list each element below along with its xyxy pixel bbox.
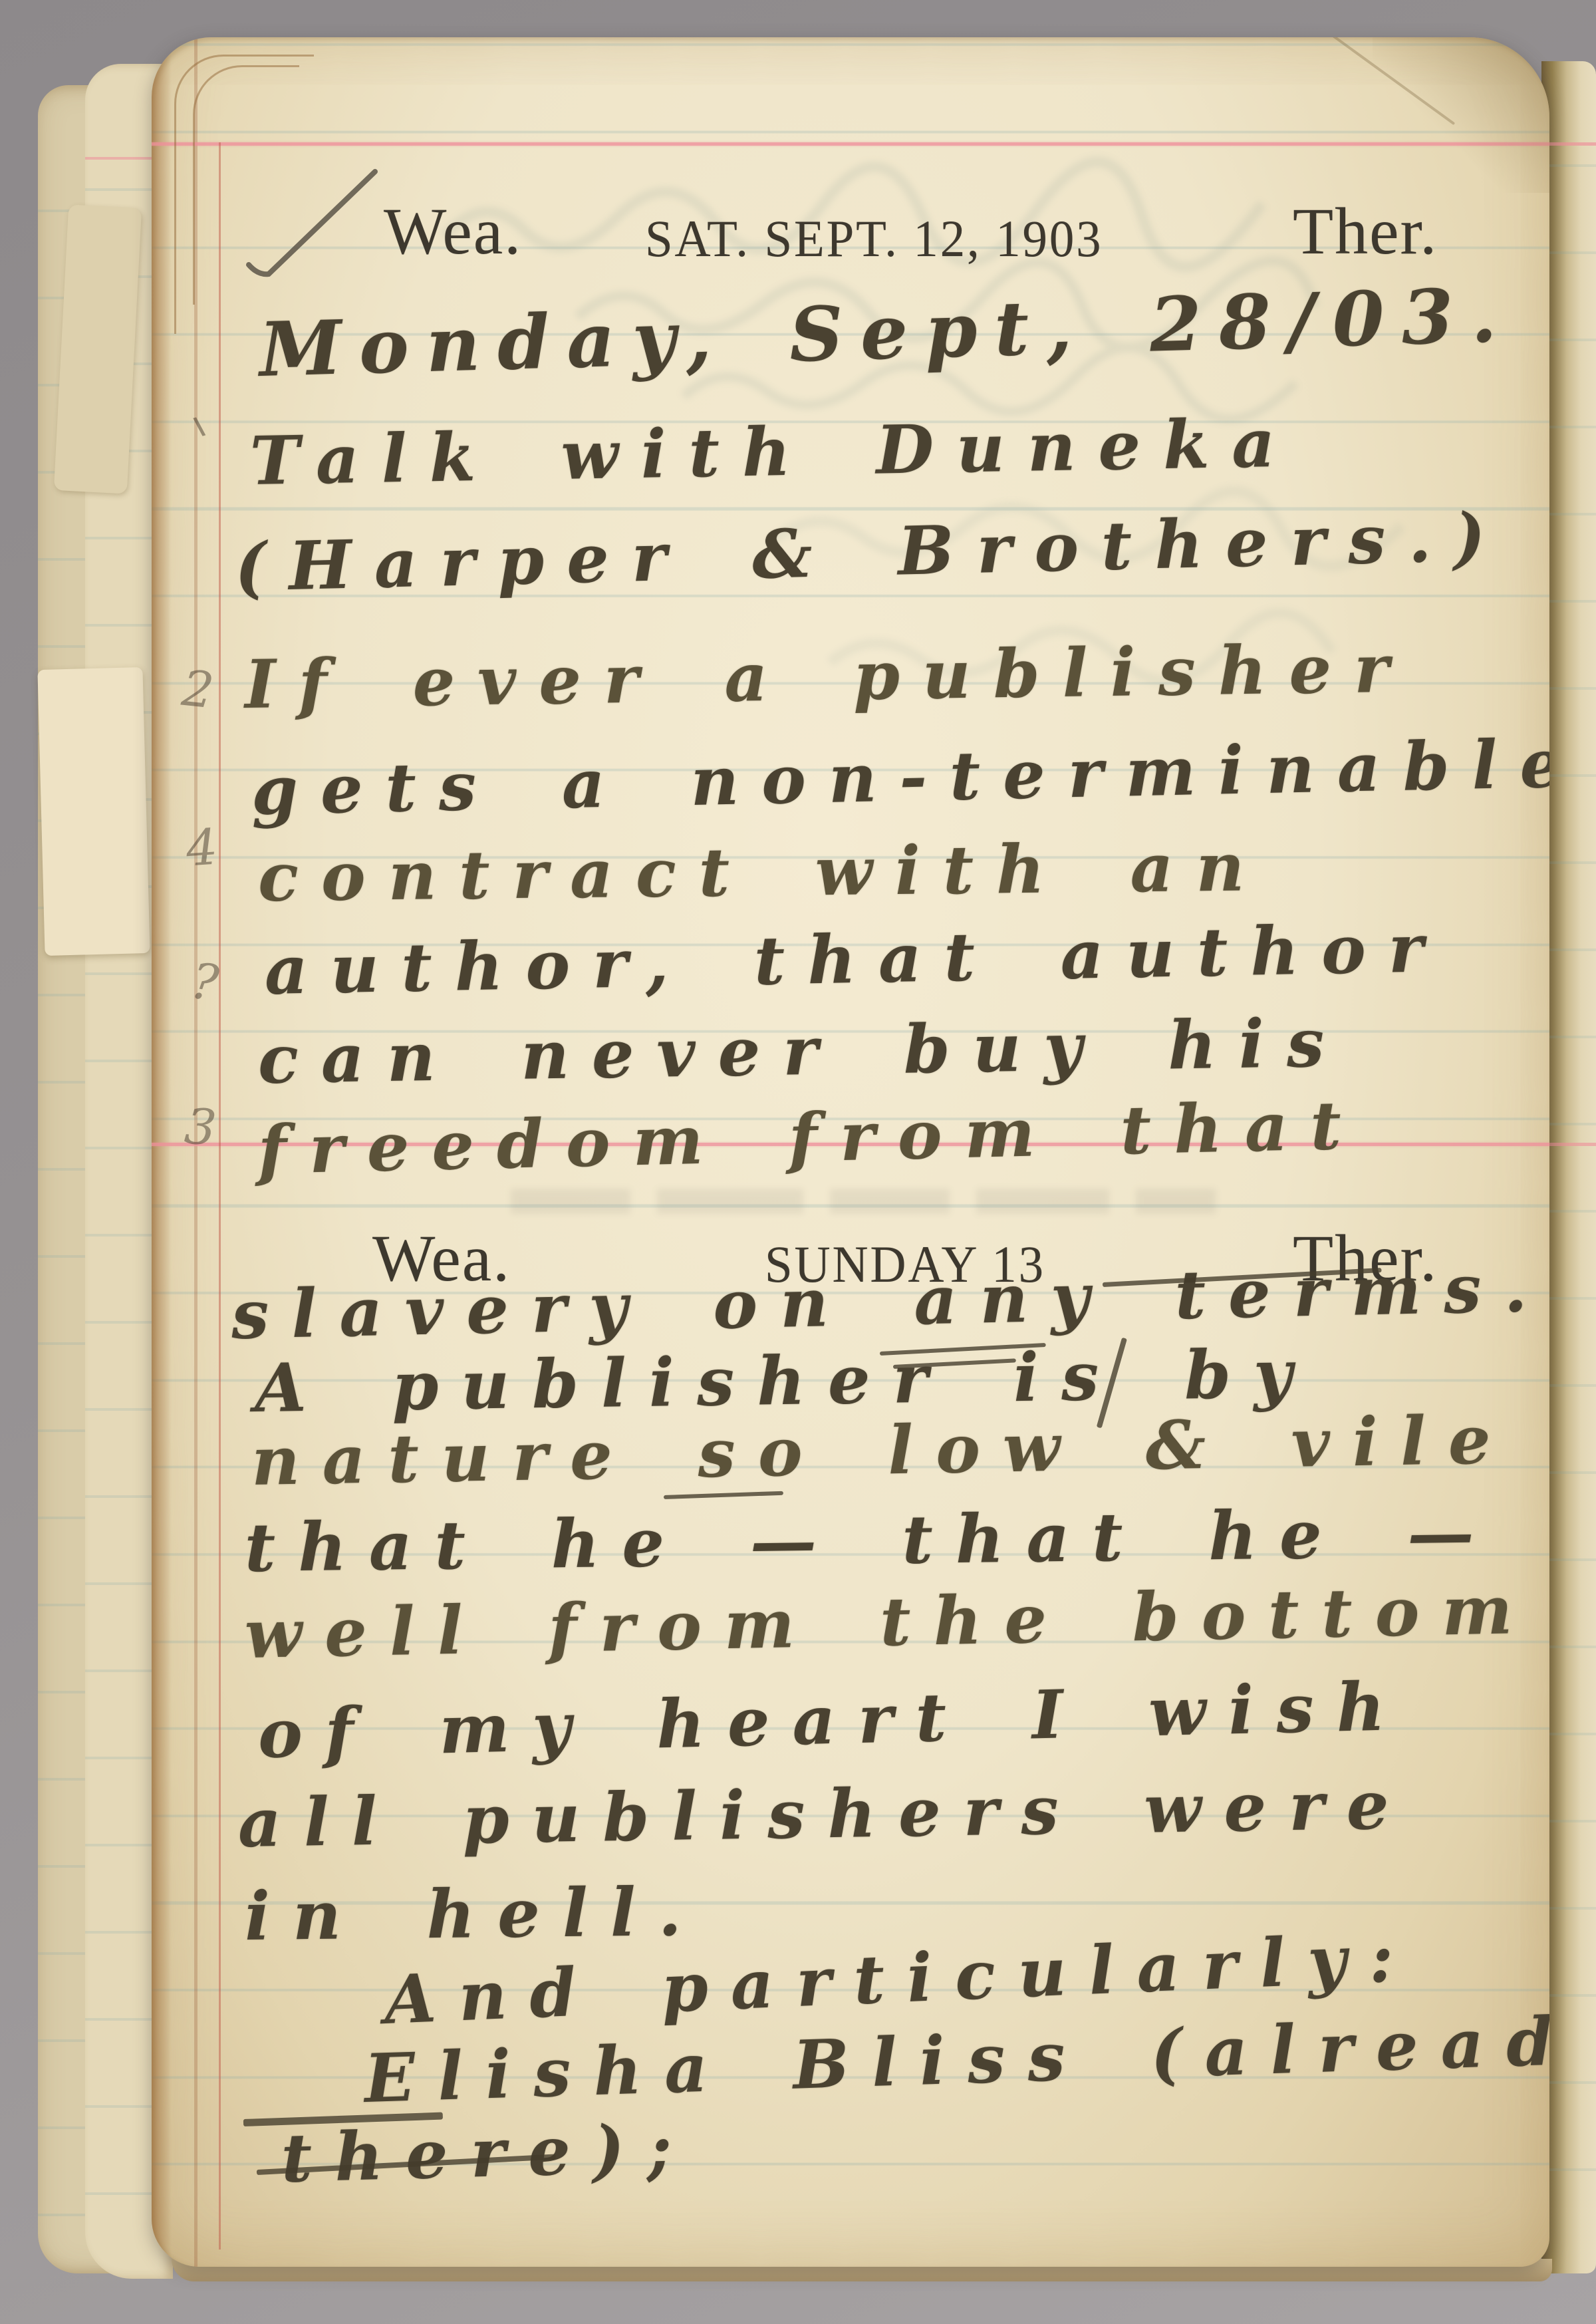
margin-scribble: 2 [180,660,217,720]
facing-page-edge [1541,61,1596,2273]
margin-scribble: 3 [182,1097,218,1157]
check-mark [245,164,384,287]
diary-page: Wea. SAT. SEPT. 12, 1903 Ther. Monday, S… [152,37,1549,2267]
handwriting-line: Talk with Duneka [249,400,1298,504]
pink-rule-facing-page [1541,1143,1596,1146]
pink-rule-facing-page [1541,142,1596,146]
handwriting-line: contract with an [257,823,1267,921]
printed-date-heading: SAT. SEPT. 12, 1903 [645,209,1103,269]
handwriting-line: If ever a publisher [244,625,1412,728]
printed-thermometer-label: Ther. [1293,193,1438,269]
printed-weather-label: Wea. [384,193,522,269]
margin-scribble: 4 [184,818,219,877]
gutter-shadow [152,37,172,2267]
handwriting-line: all publishers were [237,1761,1412,1866]
torn-paper-flap [37,667,150,956]
red-margin-rule [219,142,221,2250]
ruled-lines-facing-page [1541,80,1596,2247]
torn-paper-flap [54,204,142,494]
scanned-diary-photo: { "colors": { "backdrop": "#969293", "pa… [0,0,1596,2324]
